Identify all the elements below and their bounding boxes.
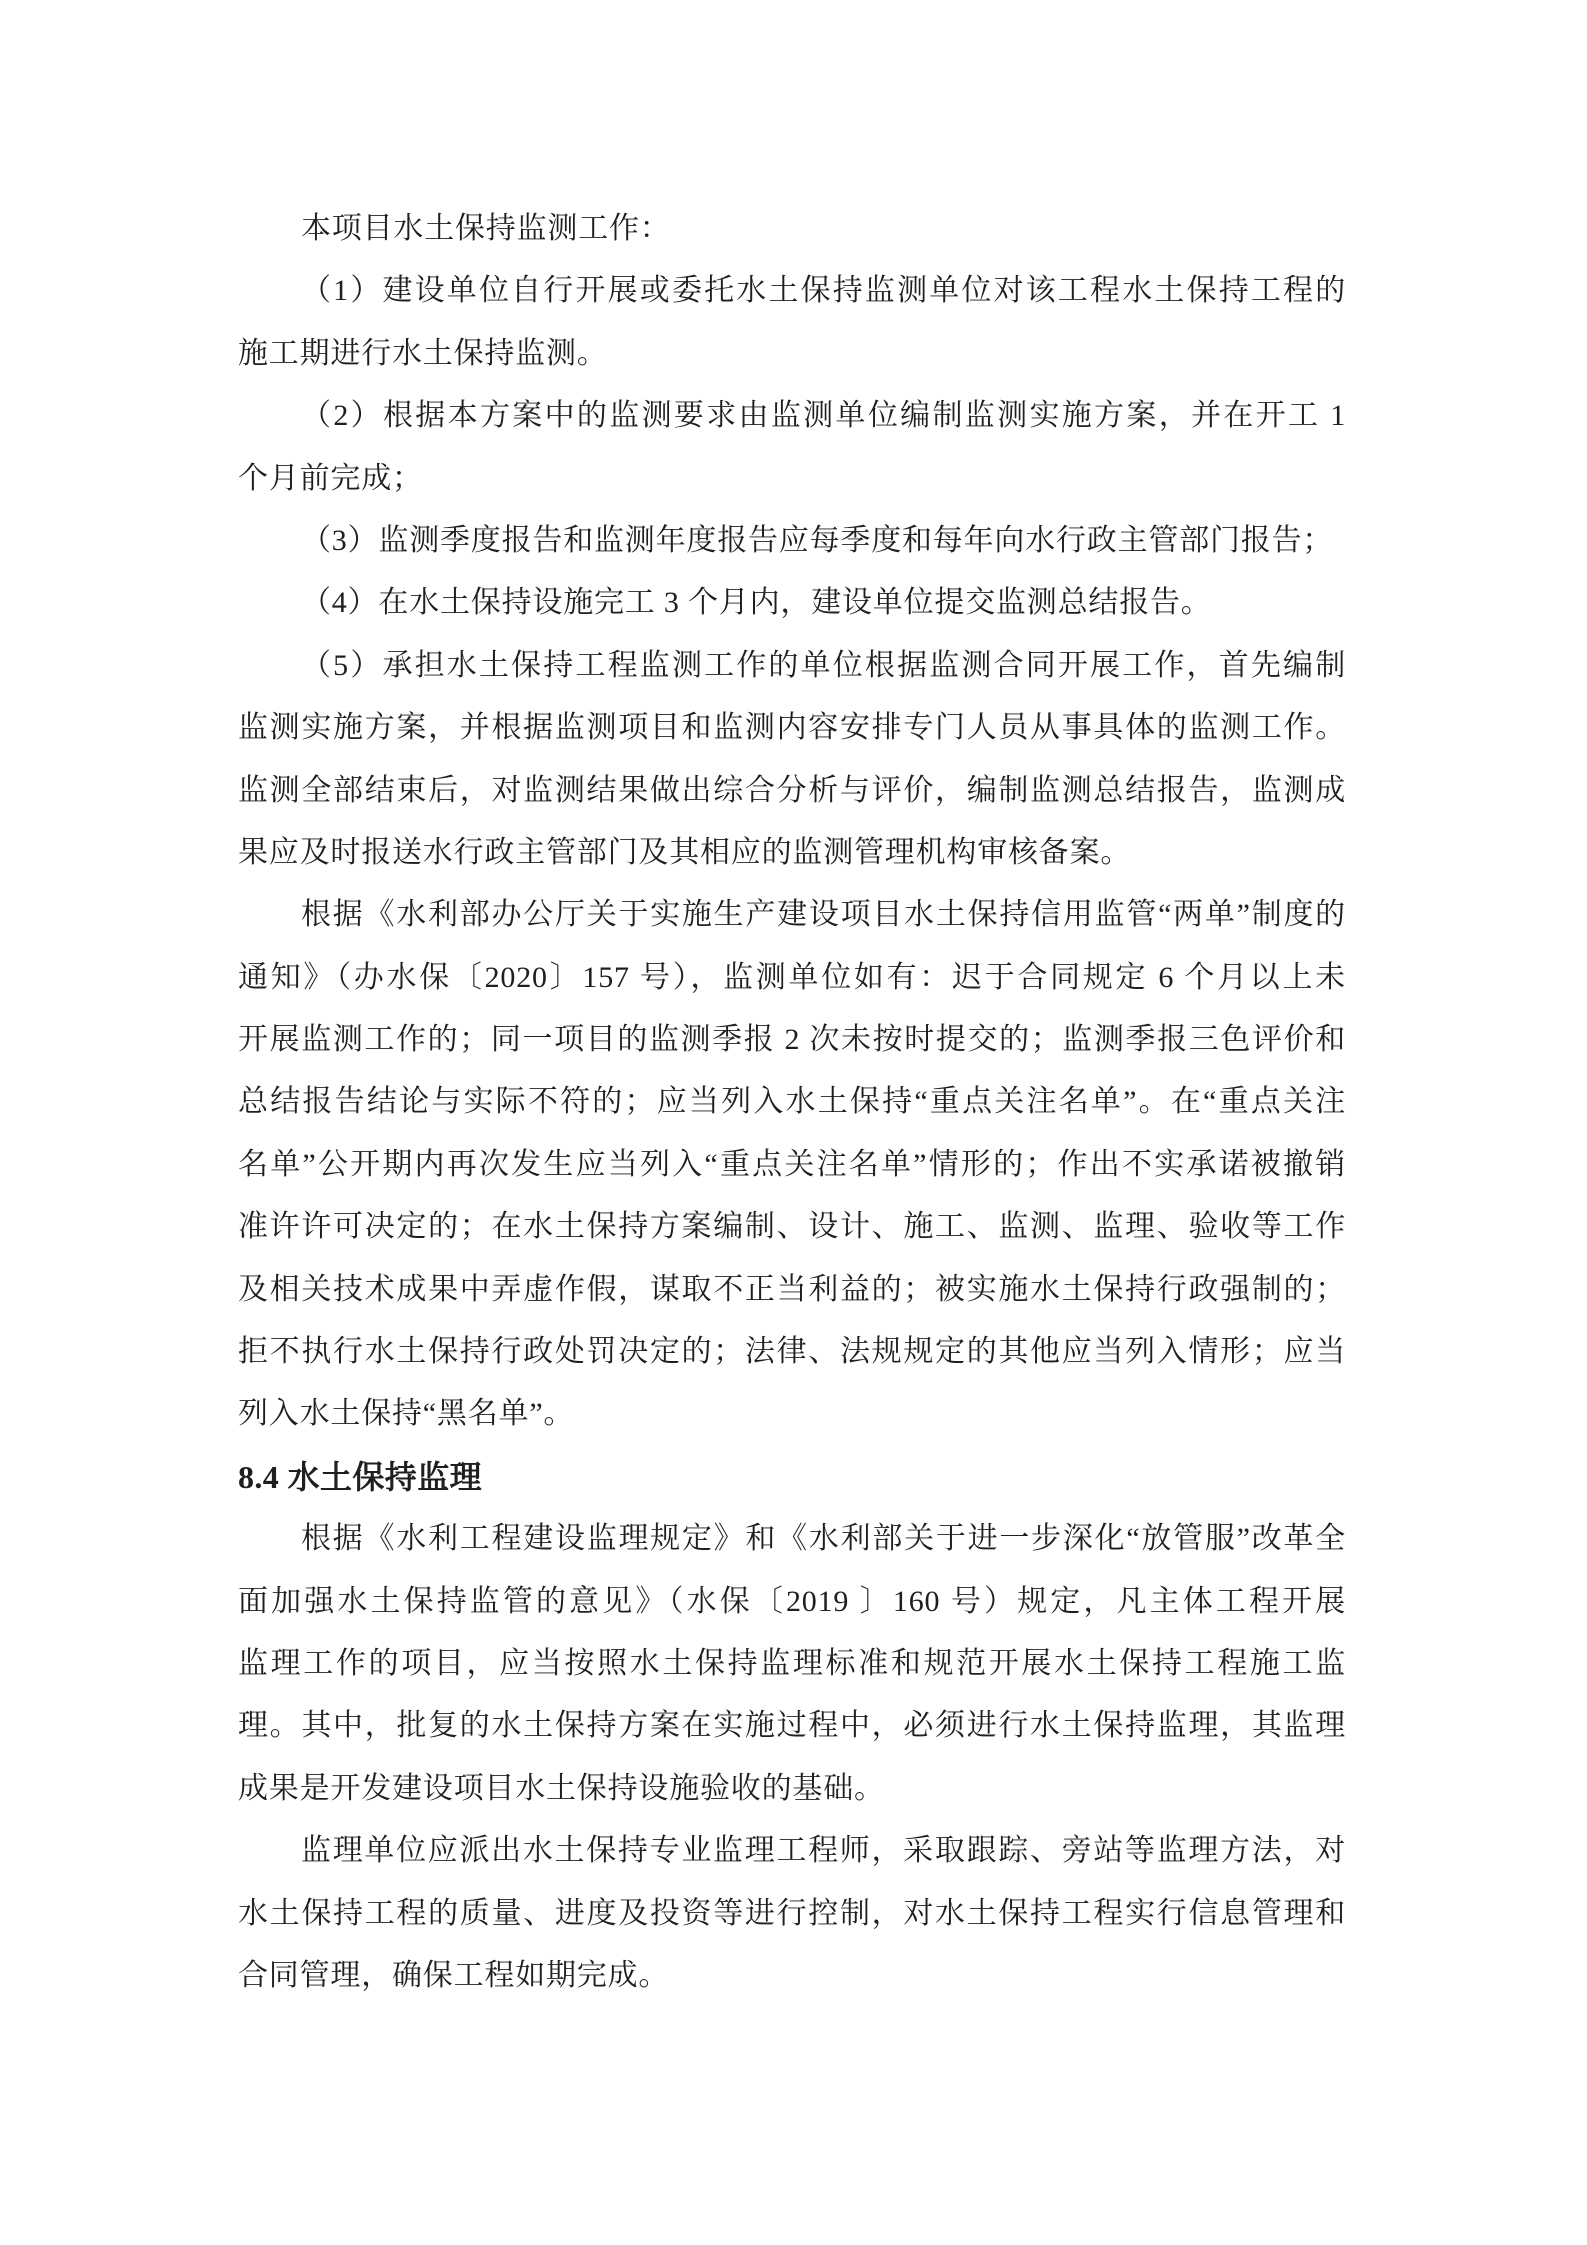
text-line: 监测实施方案，并根据监测项目和监测内容安排专门人员从事具体的监测工作。 (238, 697, 1346, 759)
text-line: 列入水土保持“黑名单”。 (238, 1383, 1346, 1445)
text-line: 本项目水土保持监测工作： (238, 198, 1346, 260)
text-line: 拒不执行水土保持行政处罚决定的；法律、法规规定的其他应当列入情形；应当 (238, 1321, 1346, 1383)
document-page: 本项目水土保持监测工作：（1）建设单位自行开展或委托水土保持监测单位对该工程水土… (0, 0, 1587, 2245)
text-line: 准许许可决定的；在水土保持方案编制、设计、施工、监测、监理、验收等工作 (238, 1196, 1346, 1258)
text-line: 个月前完成； (238, 448, 1346, 510)
text-line: 名单”公开期内再次发生应当列入“重点关注名单”情形的；作出不实承诺被撤销 (238, 1134, 1346, 1196)
text-line: 水土保持工程的质量、进度及投资等进行控制，对水土保持工程实行信息管理和 (238, 1883, 1346, 1945)
text-line: 果应及时报送水行政主管部门及其相应的监测管理机构审核备案。 (238, 822, 1346, 884)
text-line: （4）在水土保持设施完工 3 个月内，建设单位提交监测总结报告。 (238, 572, 1346, 634)
text-line: （1）建设单位自行开展或委托水土保持监测单位对该工程水土保持工程的 (238, 260, 1346, 322)
text-line: 通知》（办水保〔2020〕157 号），监测单位如有：迟于合同规定 6 个月以上… (238, 947, 1346, 1009)
text-line: 监理单位应派出水土保持专业监理工程师，采取跟踪、旁站等监理方法，对 (238, 1820, 1346, 1882)
text-line: 根据《水利部办公厅关于实施生产建设项目水土保持信用监管“两单”制度的 (238, 884, 1346, 946)
text-line: （3）监测季度报告和监测年度报告应每季度和每年向水行政主管部门报告； (238, 510, 1346, 572)
text-line: 开展监测工作的；同一项目的监测季报 2 次未按时提交的；监测季报三色评价和 (238, 1009, 1346, 1071)
text-line: 面加强水土保持监管的意见》（水保〔2019 〕160 号）规定，凡主体工程开展 (238, 1571, 1346, 1633)
text-line: 成果是开发建设项目水土保持设施验收的基础。 (238, 1758, 1346, 1820)
text-line: （2）根据本方案中的监测要求由监测单位编制监测实施方案，并在开工 1 (238, 385, 1346, 447)
text-line: 施工期进行水土保持监测。 (238, 323, 1346, 385)
document-body: 本项目水土保持监测工作：（1）建设单位自行开展或委托水土保持监测单位对该工程水土… (238, 198, 1346, 2007)
text-line: 总结报告结论与实际不符的；应当列入水土保持“重点关注名单”。在“重点关注 (238, 1071, 1346, 1133)
text-line: 理。其中，批复的水土保持方案在实施过程中，必须进行水土保持监理，其监理 (238, 1695, 1346, 1757)
text-line: 监理工作的项目，应当按照水土保持监理标准和规范开展水土保持工程施工监 (238, 1633, 1346, 1695)
text-line: 监测全部结束后，对监测结果做出综合分析与评价，编制监测总结报告，监测成 (238, 760, 1346, 822)
text-line: 根据《水利工程建设监理规定》和《水利部关于进一步深化“放管服”改革全 (238, 1508, 1346, 1570)
section-heading: 8.4 水土保持监理 (238, 1446, 1346, 1508)
text-line: （5）承担水土保持工程监测工作的单位根据监测合同开展工作，首先编制 (238, 635, 1346, 697)
text-line: 及相关技术成果中弄虚作假，谋取不正当利益的；被实施水土保持行政强制的； (238, 1259, 1346, 1321)
text-line: 合同管理，确保工程如期完成。 (238, 1945, 1346, 2007)
